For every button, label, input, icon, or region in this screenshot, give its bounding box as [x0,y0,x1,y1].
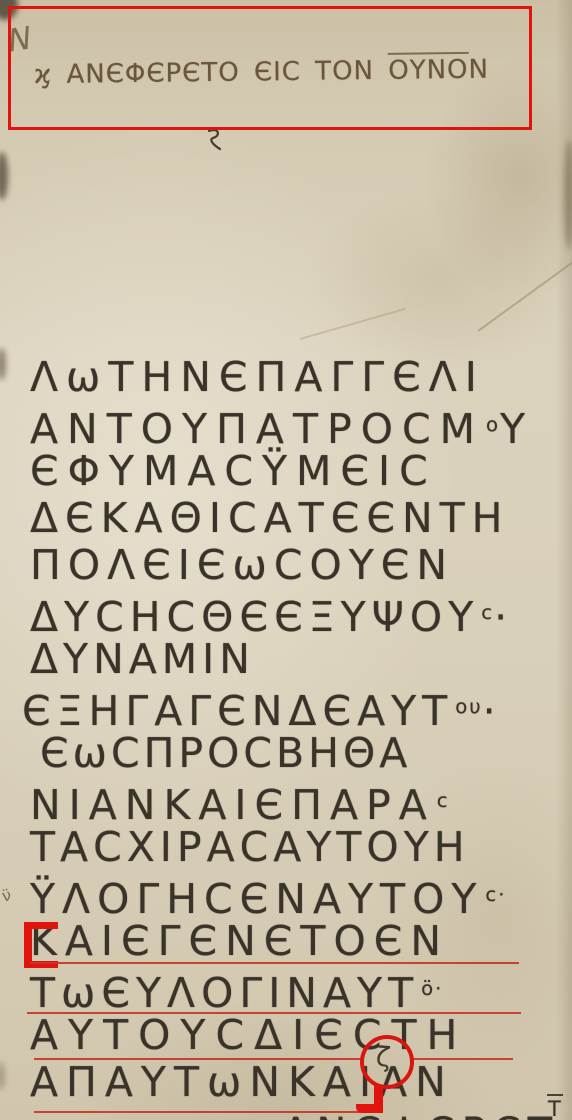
manuscript-line-8: ЄΞΗΓΑΓЄΝΔЄΑΥΤου· [22,683,572,730]
edge-letter: Τ [548,1097,561,1120]
manuscript-line-16: ΑΠΑΥΤωΝΚΑΙΑΝ [30,1059,572,1106]
manuscript-line-11: ΤΑCΧΙΡΑCΑΥΤΟΥΗ [30,824,572,871]
manuscript-line-10: ΝΙΑΝΚΑΙЄΠΑΡΑc [30,777,572,824]
manuscript-text-block: ΛωΤΗΝЄΠΑΓΓЄΛΙΑΝΤΟΥΠΑΤΡΟCΜοΥЄΦΥΜΑCΫΜЄΙCΔЄ… [30,354,572,1106]
corner-bracket-mark [356,1086,383,1113]
underline-1 [30,962,519,964]
highlight-box [8,6,532,130]
manuscript-line-12: ΫΛΟΓΗCЄΝΑΥΤΟΥc· [30,871,572,918]
manuscript-line-2: ΑΝΤΟΥΠΑΤΡΟCΜοΥ [30,401,572,448]
manuscript-line-14: ΤωЄΥΛΟΓΙΝΑΥΤö· [30,965,572,1012]
manuscript-line-1: ΛωΤΗΝЄΠΑΓΓЄΛΙ [30,354,572,401]
manuscript-line-4: ΔЄΚΑΘΙCΑΤЄЄΝΤΗ [30,495,572,542]
manuscript-line-6: ΔΥCΗCΘЄЄΞΥΨΟΥc· [30,589,572,636]
underline-3-left [34,1058,362,1060]
edge-stain [0,152,8,200]
edge-stain [0,1062,5,1090]
manuscript-line-3: ЄΦΥΜΑCΫΜЄΙC [30,448,572,495]
underline-2 [27,1012,521,1014]
manuscript-line-5: ΠΟΛЄΙЄωCΟΥЄΝ [30,542,572,589]
parchment-scratch [300,308,406,340]
pen-squiggle-mark [203,128,229,156]
edge-stain [0,348,6,380]
edge-stain [564,140,572,250]
manuscript-photo: Ν ϗ ΑΝЄΦЄΡЄΤΟ ЄΙC ΤΟΝ ΟΥΝΟΝ ΛωΤΗΝЄΠΑΓΓЄΛ… [0,0,572,1120]
circle-highlight [360,1035,414,1089]
underline-4 [34,1111,364,1113]
margin-note: ν̈ [0,885,13,905]
edge-letter-overbar [547,1094,563,1096]
underline-3-right [413,1058,513,1060]
manuscript-line-9: ЄωCΠΡΟCΒΗΘΑ [40,730,572,777]
manuscript-line-13: ΚΑΙЄΓЄΝЄΤΟЄΝ [30,918,572,965]
manuscript-line-7: ΔΥΝΑΜΙΝ [30,636,572,683]
manuscript-line-15: ΑΥΤΟΥCΔΙЄCΤΗ [30,1012,572,1059]
